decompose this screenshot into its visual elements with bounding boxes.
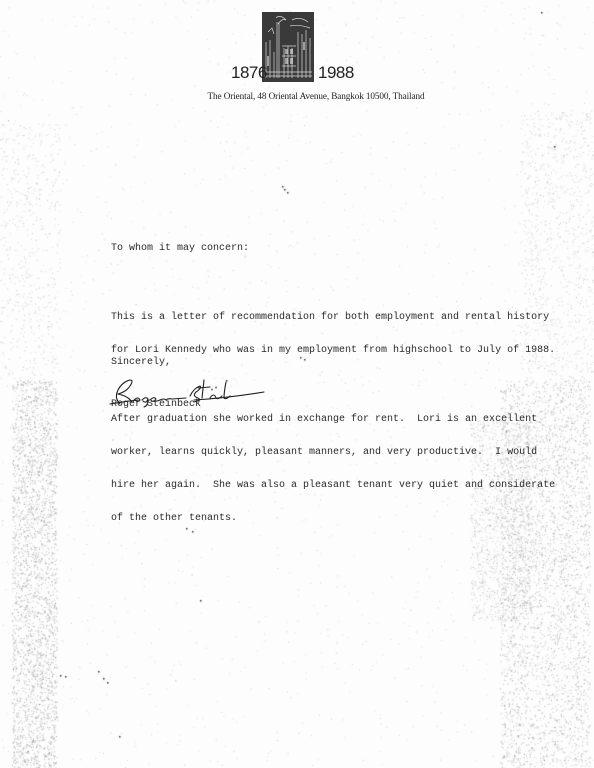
paragraph-2-line-1: After graduation she worked in exchange … [111,414,555,425]
closing: Sincerely, [111,357,171,368]
signer-name: Roger Steinbeck [111,399,201,410]
salutation: To whom it may concern: [111,243,555,254]
letter-page: 1876 1988 The Oriental, 48 Oriental Aven… [0,0,594,768]
paragraph-1-line-1: This is a letter of recommendation for b… [111,312,555,323]
paragraph-2-line-2: worker, learns quickly, pleasant manners… [111,447,555,458]
paragraph-2-line-4: of the other tenants. [111,513,555,524]
spacer [111,276,555,290]
paragraph-1-line-2: for Lori Kennedy who was in my employmen… [111,345,555,356]
current-year: 1988 [318,63,354,83]
address-text: The Oriental, 48 Oriental Avenue, Bangko… [208,91,425,101]
paragraph-2-line-3: hire her again. She was also a pleasant … [111,480,555,491]
hotel-engraving-logo-icon [262,12,314,82]
founding-year: 1876 [231,63,267,83]
letterhead-address: The Oriental, 48 Oriental Avenue, Bangko… [0,91,594,101]
